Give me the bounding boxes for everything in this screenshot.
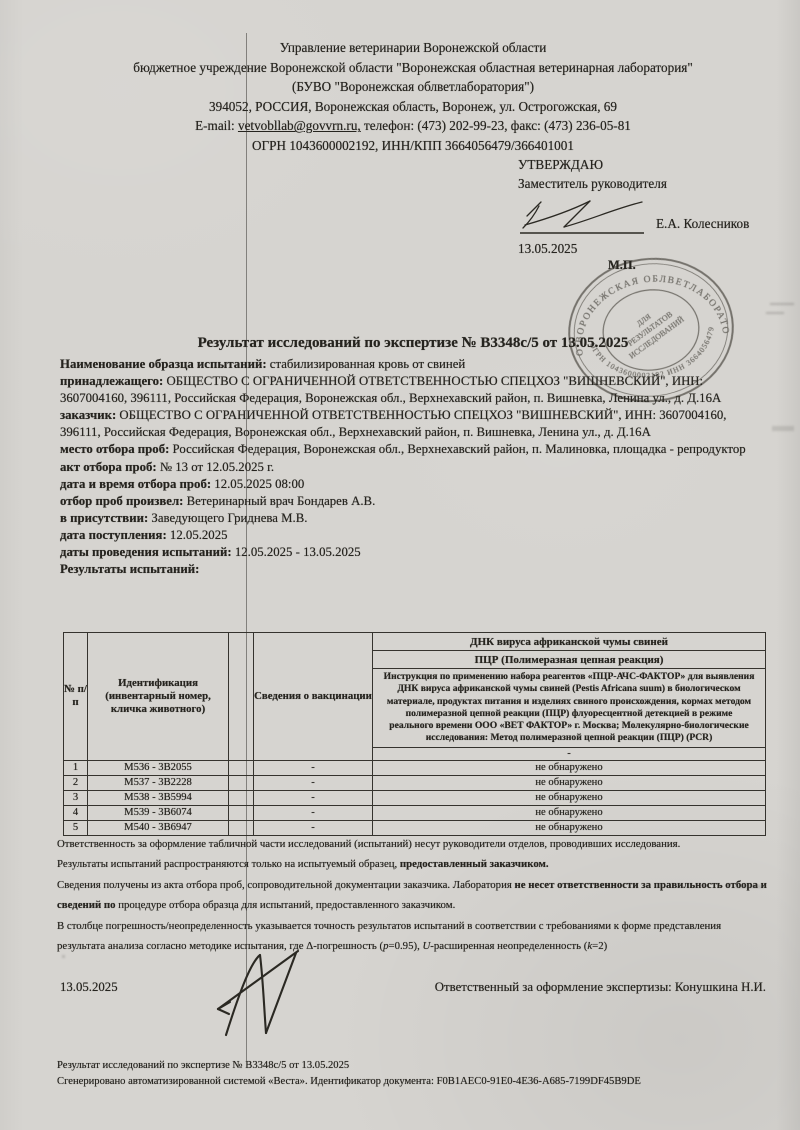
- info-witness: в присутствии: Заведующего Гриднева М.В.: [60, 510, 768, 527]
- note-responsibility: Ответственность за оформление табличной …: [57, 834, 771, 854]
- org-department: Управление ветеринарии Воронежской облас…: [60, 38, 766, 58]
- info-customer: заказчик: ОБЩЕСТВО С ОГРАНИЧЕННОЙ ОТВЕТС…: [60, 407, 768, 441]
- info-sampling-act: акт отбора проб: № 13 от 12.05.2025 г.: [60, 459, 768, 476]
- stamp-mp-label: М.П.: [608, 258, 636, 273]
- org-short-name: (БУВО "Воронежская облветлаборатория"): [60, 77, 766, 97]
- footer-expertise-line: Результат исследований по экспертизе № В…: [57, 1058, 767, 1074]
- sample-info-block: Наименование образца испытаний: стабилиз…: [60, 356, 768, 578]
- column-header-vaccination: Сведения о вакцинации: [254, 633, 373, 761]
- column-header-identification: Идентификация (инвентарный номер, кличка…: [88, 633, 229, 761]
- results-heading: Результаты испытаний:: [60, 561, 768, 578]
- row-identification: М536 - 3В2055: [88, 760, 229, 775]
- org-contacts: E-mail: vetvobllab@govvrn.ru, телефон: (…: [60, 116, 766, 136]
- signoff-row: 13.05.2025 Ответственный за оформление э…: [60, 980, 766, 995]
- info-sampling-datetime: дата и время отбора проб: 12.05.2025 08:…: [60, 476, 768, 493]
- info-sample-name: Наименование образца испытаний: стабилиз…: [60, 356, 768, 373]
- note-scope: Результаты испытаний распространяются то…: [57, 854, 771, 874]
- note-sampling-liability: Сведения получены из акта отбора проб, с…: [57, 875, 771, 916]
- document-title: Результат исследований по экспертизе № В…: [60, 335, 766, 352]
- row-result: не обнаружено: [373, 760, 766, 775]
- row-number: 3: [64, 790, 88, 805]
- scan-smudge: [735, 885, 763, 888]
- row-number: 2: [64, 775, 88, 790]
- scan-smudge: [772, 426, 794, 431]
- footer-system-line: Сгенерировано автоматизированной системо…: [57, 1074, 767, 1090]
- approval-word: УТВЕРЖДАЮ: [518, 155, 780, 174]
- org-registration-numbers: ОГРН 1043600002192, ИНН/КПП 3664056479/3…: [60, 136, 766, 156]
- table-row: 3 М538 - 3В5994 - не обнаружено: [64, 790, 766, 805]
- result-header-analyte: ДНК вируса африканской чумы свиней: [373, 633, 766, 651]
- table-row: 2 М537 - 3В2228 - не обнаружено: [64, 775, 766, 790]
- approver-name: Е.А. Колесников: [656, 214, 749, 233]
- result-header-method-name: ПЦР (Полимеразная цепная реакция): [373, 651, 766, 669]
- row-vaccination: -: [254, 760, 373, 775]
- approval-signature: [518, 193, 648, 239]
- row-vaccination: -: [254, 775, 373, 790]
- responsible-person: Ответственный за оформление экспертизы: …: [435, 980, 766, 995]
- result-header-dash: -: [373, 747, 766, 760]
- column-header-blank: [229, 633, 254, 761]
- results-table: № п/п Идентификация (инвентарный номер, …: [63, 632, 766, 836]
- column-header-number: № п/п: [64, 633, 88, 761]
- row-number: 4: [64, 805, 88, 820]
- scan-fold-line: [246, 33, 247, 1061]
- scanned-document-page: Управление ветеринарии Воронежской облас…: [0, 0, 800, 1130]
- note-uncertainty: В столбце погрешность/неопределенность у…: [57, 916, 771, 957]
- document-footer: Результат исследований по экспертизе № В…: [57, 1058, 767, 1089]
- row-number: 1: [64, 760, 88, 775]
- org-name: бюджетное учреждение Воронежской области…: [60, 58, 766, 78]
- result-header-method-description: Инструкция по применению набора реагенто…: [373, 669, 766, 748]
- table-row: 4 М539 - 3В6074 - не обнаружено: [64, 805, 766, 820]
- table-row: 1 М536 - 3В2055 - не обнаружено: [64, 760, 766, 775]
- row-result: не обнаружено: [373, 775, 766, 790]
- info-sampling-place: место отбора проб: Российская Федерация,…: [60, 441, 768, 458]
- org-address: 394052, РОССИЯ, Воронежская область, Вор…: [60, 97, 766, 117]
- approver-role: Заместитель руководителя: [518, 174, 780, 193]
- row-identification: М538 - 3В5994: [88, 790, 229, 805]
- row-identification: М539 - 3В6074: [88, 805, 229, 820]
- approval-block: УТВЕРЖДАЮ Заместитель руководителя Е.А. …: [518, 155, 780, 258]
- scan-smudge: [766, 312, 784, 314]
- scan-speck: [62, 955, 65, 958]
- row-result: не обнаружено: [373, 805, 766, 820]
- scan-smudge: [770, 303, 794, 305]
- org-header: Управление ветеринарии Воронежской облас…: [60, 38, 766, 156]
- disclaimer-notes: Ответственность за оформление табличной …: [57, 834, 771, 956]
- info-sampler: отбор проб произвел: Ветеринарный врач Б…: [60, 493, 768, 510]
- row-vaccination: -: [254, 805, 373, 820]
- info-owner: принадлежащего: ОБЩЕСТВО С ОГРАНИЧЕННОЙ …: [60, 373, 768, 407]
- signoff-date: 13.05.2025: [60, 980, 118, 995]
- row-result: не обнаружено: [373, 790, 766, 805]
- info-test-dates: даты проведения испытаний: 12.05.2025 - …: [60, 544, 768, 561]
- row-identification: М537 - 3В2228: [88, 775, 229, 790]
- info-receipt-date: дата поступления: 12.05.2025: [60, 527, 768, 544]
- row-vaccination: -: [254, 790, 373, 805]
